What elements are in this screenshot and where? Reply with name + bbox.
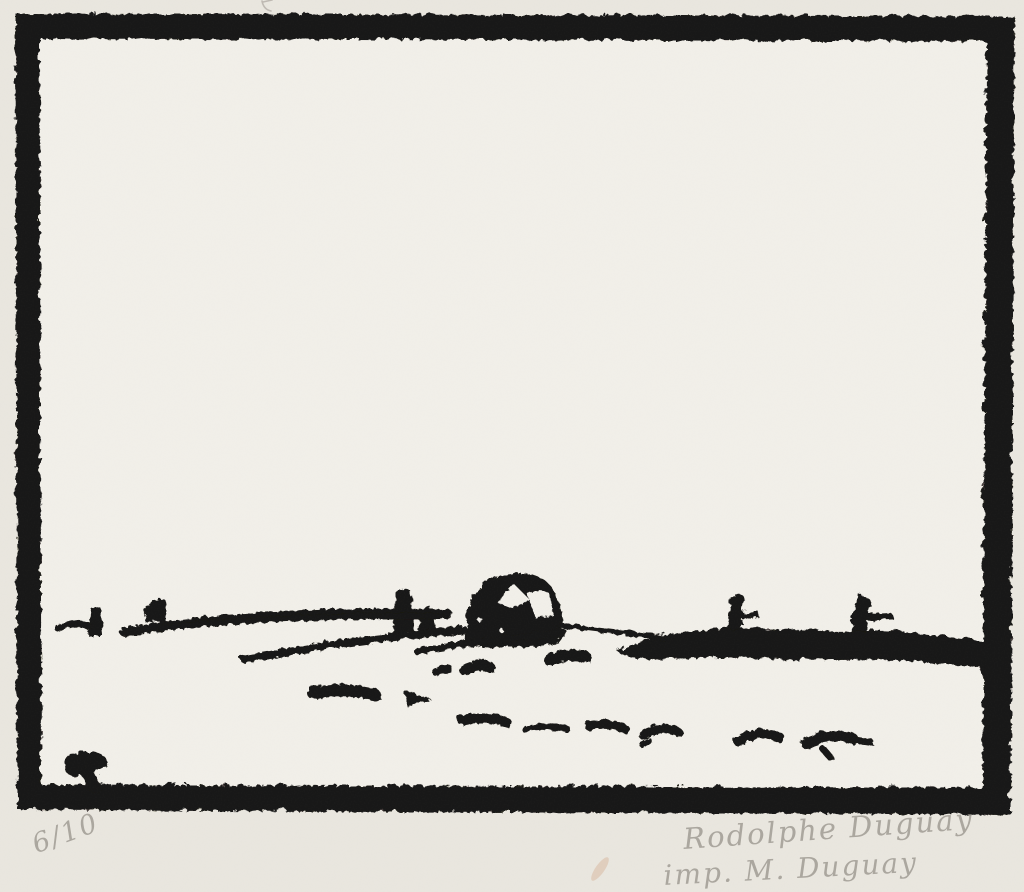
paper-grain-texture bbox=[0, 0, 1024, 892]
artwork-scan: 6/10 Rodolphe Duguay imp. M. Duguay bbox=[0, 0, 1024, 892]
woodcut-print-image: 6/10 Rodolphe Duguay imp. M. Duguay bbox=[0, 0, 1024, 892]
